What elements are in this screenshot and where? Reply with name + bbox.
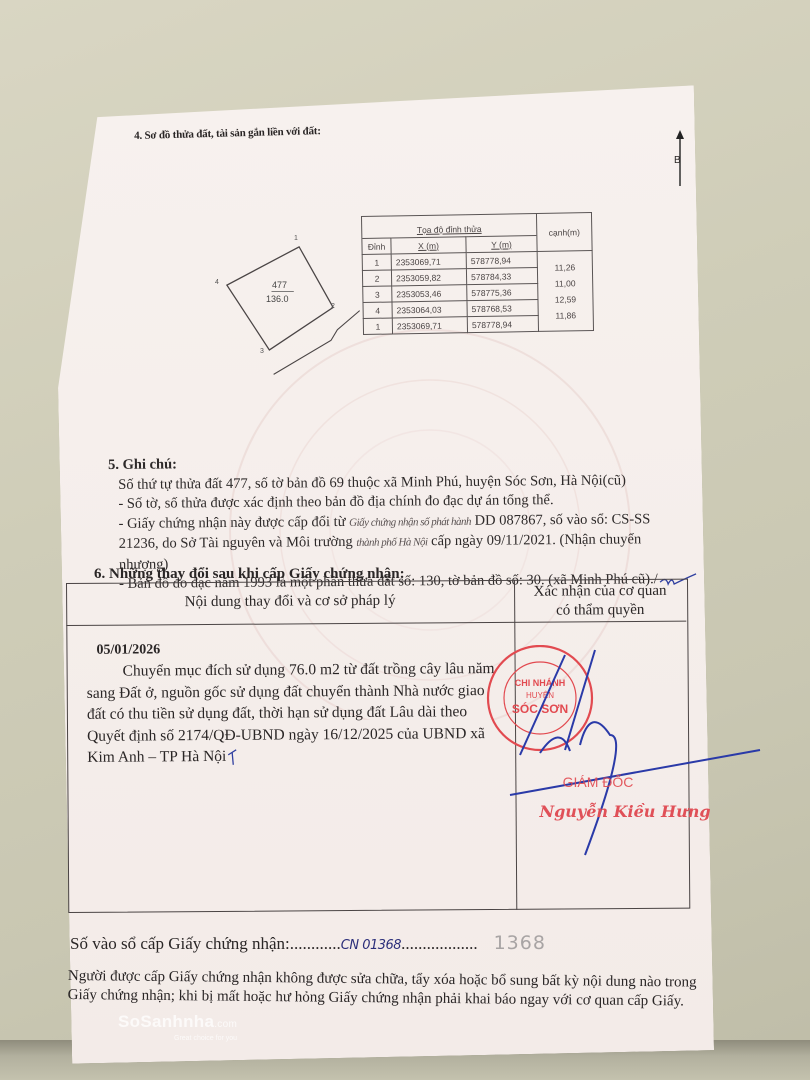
y-header: Y (m) bbox=[466, 235, 537, 252]
vertex-header: Đỉnh bbox=[362, 238, 391, 255]
parcel-number: 477 bbox=[272, 280, 287, 290]
coordinate-row: 12353069,71578778,94 bbox=[363, 314, 593, 334]
vertex-label-2: 2 bbox=[331, 303, 335, 310]
column-header-confirmation-line1: Xác nhận của cơ quan bbox=[514, 582, 686, 602]
y-cell: 578778,94 bbox=[467, 315, 538, 332]
vertex-cell: 4 bbox=[363, 302, 392, 319]
vertex-label-3: 3 bbox=[260, 348, 264, 355]
change-entry-line-5: Kim Anh – TP Hà Nội bbox=[87, 744, 519, 769]
edge-cell bbox=[538, 314, 593, 331]
change-entry-line-5-text: Kim Anh – TP Hà Nội bbox=[87, 748, 226, 766]
column-header-confirmation: Xác nhận của cơ quan có thẩm quyền bbox=[514, 582, 686, 621]
svg-text:Nguyễn Kiều Hưng: Nguyễn Kiều Hưng bbox=[538, 801, 710, 821]
svg-text:HUYỆN: HUYỆN bbox=[526, 691, 554, 700]
change-entry-date: 05/01/2026 bbox=[96, 642, 160, 658]
column-header-content: Nội dung thay đổi và cơ sở pháp lý bbox=[66, 592, 514, 612]
edge-header: cạnh(m) bbox=[536, 213, 592, 252]
change-entry-text: Chuyển mục đích sử dụng 76.0 m2 từ đất t… bbox=[87, 658, 520, 769]
y-cell: 578775,36 bbox=[467, 283, 538, 300]
x-cell: 2353059,82 bbox=[391, 269, 466, 286]
x-cell: 2353069,71 bbox=[391, 253, 466, 270]
registration-pencil-note: 1368 bbox=[494, 932, 546, 954]
y-cell: 578768,53 bbox=[467, 299, 538, 316]
coord-group-header: Tọa độ đỉnh thửa bbox=[361, 213, 536, 238]
vertex-cell: 3 bbox=[363, 286, 392, 303]
north-label: B bbox=[674, 155, 681, 166]
registration-dots-after: .................. bbox=[401, 934, 478, 953]
coordinate-table: Tọa độ đỉnh thửa cạnh(m) Đỉnh X (m) Y (m… bbox=[361, 212, 594, 335]
svg-text:GIÁM ĐỐC: GIÁM ĐỐC bbox=[563, 773, 634, 790]
x-header: X (m) bbox=[391, 237, 466, 254]
note-line-3-text-b: DD 087867, số vào sổ: CS-SS bbox=[471, 511, 650, 529]
edge-cell: 11,00 bbox=[537, 266, 592, 283]
watermark-tagline: Great choice for you bbox=[174, 1035, 237, 1042]
y-cell: 578784,33 bbox=[466, 267, 537, 284]
parcel-area: 136.0 bbox=[266, 294, 289, 304]
watermark-brand-name: SoSanhnha bbox=[118, 1012, 214, 1031]
red-seal-icon: CHI NHÁNH HUYỆN SÓC SƠN bbox=[488, 646, 592, 750]
note-line-4-text-b: cấp ngày 09/11/2021. (Nhận chuyển bbox=[427, 531, 641, 549]
x-cell: 2353053,46 bbox=[392, 285, 467, 302]
north-arrow: B bbox=[670, 130, 690, 188]
x-cell: 2353064,03 bbox=[392, 301, 467, 318]
note-line-4-masked: thành phố Hà Nội bbox=[356, 536, 427, 549]
registration-dots-before: ............ bbox=[290, 934, 341, 953]
edge-cell: 11,86 bbox=[538, 298, 593, 315]
vertex-cell: 1 bbox=[363, 318, 392, 335]
vertex-cell: 2 bbox=[362, 270, 391, 287]
y-cell: 578778,94 bbox=[466, 251, 537, 268]
column-header-confirmation-line2: có thẩm quyền bbox=[514, 601, 686, 621]
x-cell: 2353069,71 bbox=[392, 317, 467, 334]
registration-label: Số vào sổ cấp Giấy chứng nhận: bbox=[70, 934, 290, 953]
change-entry-line-2: sang Đất ở, nguồn gốc sử dụng đất chuyển… bbox=[87, 679, 519, 704]
note-line-3-text-a: - Giấy chứng nhận này được cấp đổi từ bbox=[119, 513, 350, 531]
watermark-brand: SoSanhnha.com bbox=[118, 1012, 237, 1031]
checkmark-icon bbox=[226, 747, 242, 767]
watermark-domain: .com bbox=[214, 1019, 237, 1030]
vertex-cell: 1 bbox=[362, 254, 391, 271]
registration-number-line: Số vào sổ cấp Giấy chứng nhận:..........… bbox=[70, 932, 546, 954]
vertex-label-4: 4 bbox=[215, 279, 219, 286]
official-stamp-and-signature: CHI NHÁNH HUYỆN SÓC SƠN GIÁM ĐỐC Nguyễn … bbox=[470, 645, 770, 865]
edge-cell: 11,26 bbox=[537, 250, 592, 267]
edge-cell: 12,59 bbox=[538, 282, 593, 299]
change-entry-line-3: đất có thu tiền sử dụng đất, thời hạn sử… bbox=[87, 701, 519, 726]
change-entry-line-1: Chuyển mục đích sử dụng 76.0 m2 từ đất t… bbox=[87, 658, 519, 683]
svg-text:CHI NHÁNH: CHI NHÁNH bbox=[515, 678, 566, 688]
registration-handwritten-value: CN 01368 bbox=[341, 938, 401, 953]
note-line-3-masked: Giấy chứng nhận số phát hành bbox=[349, 515, 471, 528]
note-line-4-text-a: 21236, do Sở Tài nguyên và Môi trường bbox=[119, 534, 357, 552]
watermark: SoSanhnha.com Great choice for you bbox=[118, 1012, 237, 1032]
change-entry-line-4: Quyết định số 2174/QĐ-UBND ngày 16/12/20… bbox=[87, 722, 519, 747]
footer-warning-note: Người được cấp Giấy chứng nhận không đượ… bbox=[68, 967, 728, 1012]
vertex-label-1: 1 bbox=[294, 235, 298, 242]
